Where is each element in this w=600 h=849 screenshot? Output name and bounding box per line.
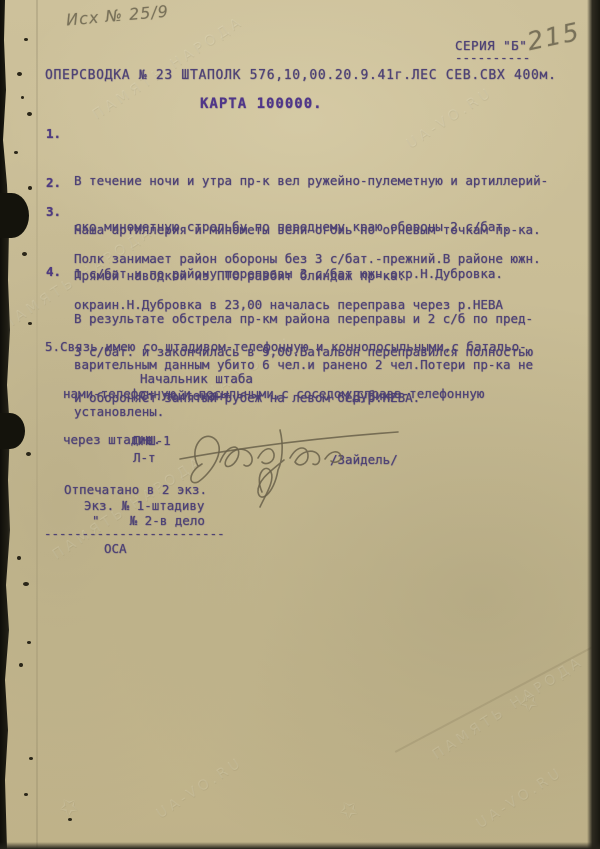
- series-underline: ----------: [455, 50, 530, 66]
- paper-speck: [28, 186, 32, 190]
- paper-crease: [36, 0, 38, 849]
- archive-watermark: ПАМЯТЬ НАРОДА: [430, 653, 587, 763]
- signer2-rank: Л-т: [133, 450, 156, 466]
- paper-speck: [22, 252, 27, 256]
- paragraph-number: 1.: [46, 126, 61, 142]
- paper-speck: [26, 452, 31, 456]
- archive-watermark: UA-VO.RU: [474, 764, 567, 832]
- handwritten-outgoing-note: Исх № 25/9: [65, 2, 169, 30]
- scan-bottom-edge: [0, 842, 600, 849]
- paragraph-line: 5.Связь имею со штадивом-телефонную и ко…: [45, 339, 527, 355]
- archive-watermark: UA-VO.RU: [154, 754, 247, 822]
- paper-speck: [14, 151, 18, 154]
- paper-speck: [17, 556, 21, 560]
- paragraph-number: 2.: [46, 175, 61, 191]
- signer1-post: Начальник штаба: [140, 371, 253, 387]
- scan-right-edge: [587, 0, 600, 849]
- paper-speck: [24, 38, 28, 41]
- paper-speck: [24, 793, 28, 796]
- footer-divider: ------------------------: [44, 526, 225, 542]
- paper-speck: [68, 818, 72, 821]
- signer2-post: ПНШ-1: [133, 433, 171, 449]
- paper-speck: [23, 582, 29, 586]
- paragraph-number: 3.: [46, 204, 61, 220]
- paragraph-line: нами-телефонную и посыльными,с соседом с…: [63, 386, 527, 402]
- paper-speck: [17, 72, 22, 76]
- paper-speck: [27, 641, 31, 644]
- torn-notch: [0, 413, 25, 449]
- copy1-note: Экз. № 1-штадиву: [84, 498, 204, 514]
- handwritten-page-number: 215: [525, 17, 584, 57]
- paper-speck: [19, 663, 23, 667]
- star-watermark-icon: ✩: [335, 795, 364, 826]
- handwritten-signature: [178, 402, 403, 512]
- paper-speck: [29, 757, 33, 760]
- report-title-line: ОПЕРСВОДКА № 23 ШТАПОЛК 576,10,00.20.9.4…: [45, 68, 557, 84]
- torn-notch: [0, 193, 29, 238]
- paper-speck: [21, 96, 24, 99]
- paper-crease: [395, 629, 600, 753]
- paper-speck: [28, 322, 32, 325]
- paragraph-number: 4.: [46, 264, 61, 280]
- pencil-doodle: [252, 460, 282, 510]
- scanned-document-page: ПАМЯТЬ НАРОДА UA-VO.RU ПАМЯТЬ НАРОДА UA-…: [0, 0, 600, 849]
- copies-note: Отпечатано в 2 экз.: [64, 482, 207, 498]
- map-scale-line: КАРТА 100000.: [200, 97, 323, 113]
- paper-speck: [27, 112, 32, 116]
- typist-initials: ОСА: [104, 541, 127, 557]
